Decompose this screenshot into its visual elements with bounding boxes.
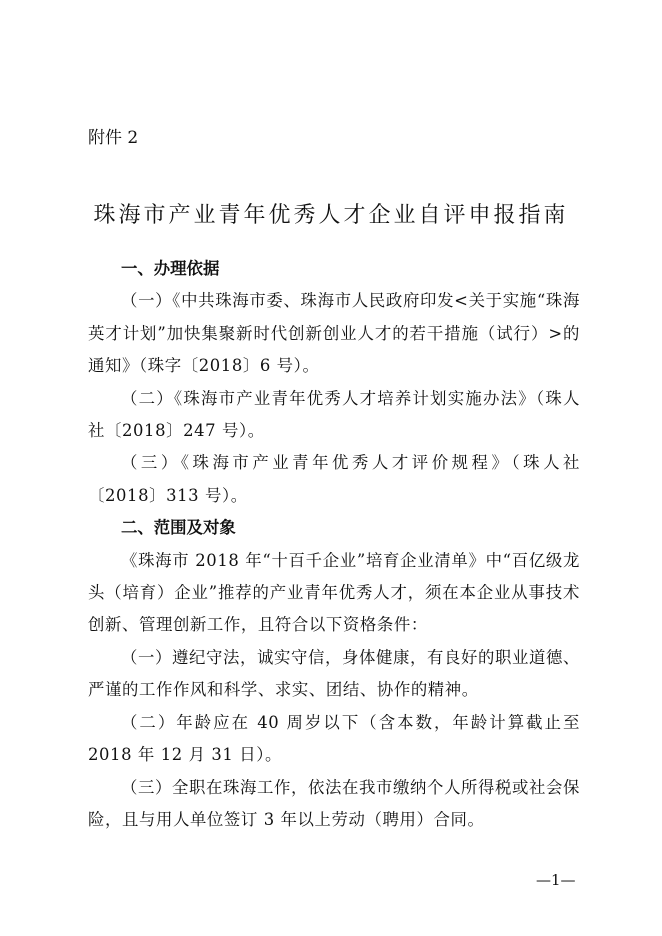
section-heading: 一、办理依据 xyxy=(88,253,580,285)
paragraph: （一）《中共珠海市委、珠海市人民政府印发<关于实施“珠海英才计划”加快集聚新时代… xyxy=(88,285,580,382)
document-body: 一、办理依据 （一）《中共珠海市委、珠海市人民政府印发<关于实施“珠海英才计划”… xyxy=(88,253,580,836)
paragraph: （二）年龄应在 40 周岁以下（含本数，年龄计算截止至 2018 年 12 月 … xyxy=(88,707,580,772)
page-number: —1— xyxy=(536,870,576,890)
section-scope: 二、范围及对象 《珠海市 2018 年“十百千企业”培育企业清单》中“百亿级龙头… xyxy=(88,512,580,836)
paragraph: （一）遵纪守法，诚实守信，身体健康，有良好的职业道德、严谨的工作作风和科学、求实… xyxy=(88,642,580,707)
paragraph: 《珠海市 2018 年“十百千企业”培育企业清单》中“百亿级龙头（培育）企业”推… xyxy=(88,545,580,642)
paragraph: （三）全职在珠海工作，依法在我市缴纳个人所得税或社会保险，且与用人单位签订 3 … xyxy=(88,772,580,837)
attachment-label: 附件 2 xyxy=(88,126,138,150)
document-page: 附件 2 珠海市产业青年优秀人才企业自评申报指南 一、办理依据 （一）《中共珠海… xyxy=(0,0,662,936)
paragraph: （二）《珠海市产业青年优秀人才培养计划实施办法》（珠人社〔2018〕247 号）… xyxy=(88,383,580,448)
paragraph: （三）《珠海市产业青年优秀人才评价规程》（珠人社〔2018〕313 号）。 xyxy=(88,447,580,512)
document-title: 珠海市产业青年优秀人才企业自评申报指南 xyxy=(0,201,662,231)
section-heading: 二、范围及对象 xyxy=(88,512,580,544)
section-basis: 一、办理依据 （一）《中共珠海市委、珠海市人民政府印发<关于实施“珠海英才计划”… xyxy=(88,253,580,512)
